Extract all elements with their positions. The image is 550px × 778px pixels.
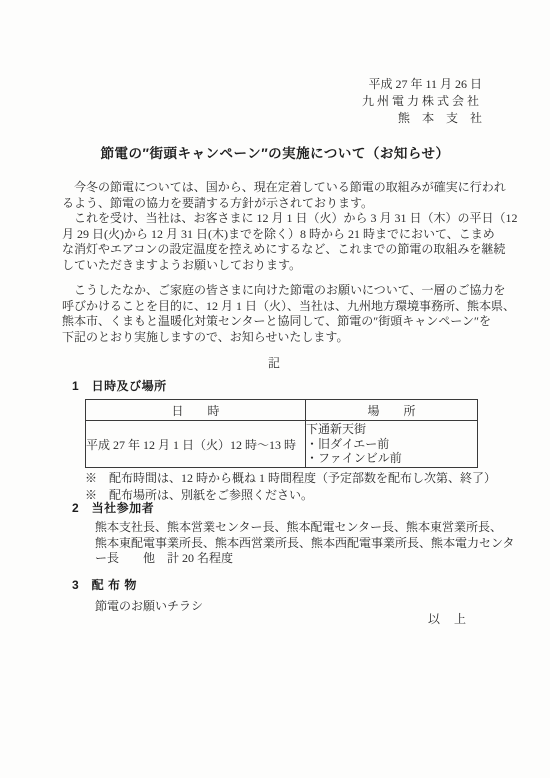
section-2-heading: 2 当社参加者 (72, 499, 154, 516)
table-header-datetime: 日 時 (86, 400, 306, 421)
record-marker: 記 (0, 354, 550, 371)
table-row: 平成 27 年 12 月 1 日（火）12 時～13 時 下通新天街 ・旧ダイエ… (86, 421, 478, 468)
paragraph-customer-request: これを受け、当社は、お客さまに 12 月 1 日（火）から 3 月 31 日（木… (62, 211, 532, 273)
distribution-item-text: 節電のお願いチラシ (95, 597, 535, 614)
note-distribution-time: ※ 配布時間は、12 時から概ね 1 時間程度（予定部数を配布し次第、終了） (85, 470, 525, 487)
table-header-place: 場 所 (306, 400, 478, 421)
section-3-heading: 3 配 布 物 (72, 576, 137, 593)
section-1-heading: 1 日時及び場所 (72, 377, 167, 394)
document-title: 節電の″街頭キャンペーン″の実施について（お知らせ） (0, 142, 550, 162)
table-cell-datetime: 平成 27 年 12 月 1 日（火）12 時～13 時 (86, 421, 306, 468)
document-date: 平成 27 年 11 月 26 日 (362, 76, 482, 93)
participants-text: 熊本支社長、熊本営業センター長、熊本配電センター長、熊本東営業所長、 熊本東配電… (95, 520, 535, 567)
table-header-row: 日 時 場 所 (86, 400, 478, 421)
paragraph-national-policy: 今冬の節電については、国から、現在定着している節電の取組みが確実に行われ るよう… (62, 180, 532, 211)
table-cell-place: 下通新天街 ・旧ダイエー前 ・ファインビル前 (306, 421, 478, 468)
schedule-table: 日 時 場 所 平成 27 年 12 月 1 日（火）12 時～13 時 下通新… (85, 399, 478, 468)
branch-name: 熊本支社 (362, 110, 494, 127)
paragraph-campaign-announcement: こうしたなか、ご家庭の皆さまに向けた節電のお願いについて、一層のご協力を 呼びか… (62, 283, 532, 345)
body-paragraphs-block: 今冬の節電については、国から、現在定着している節電の取組みが確実に行われ るよう… (62, 180, 532, 274)
letterhead-block: 平成 27 年 11 月 26 日 九州電力株式会社 熊本支社 (362, 76, 482, 127)
closing-mark: 以 上 (428, 610, 467, 627)
company-name: 九州電力株式会社 (362, 93, 482, 110)
document-page: 平成 27 年 11 月 26 日 九州電力株式会社 熊本支社 節電の″街頭キャ… (0, 0, 550, 778)
